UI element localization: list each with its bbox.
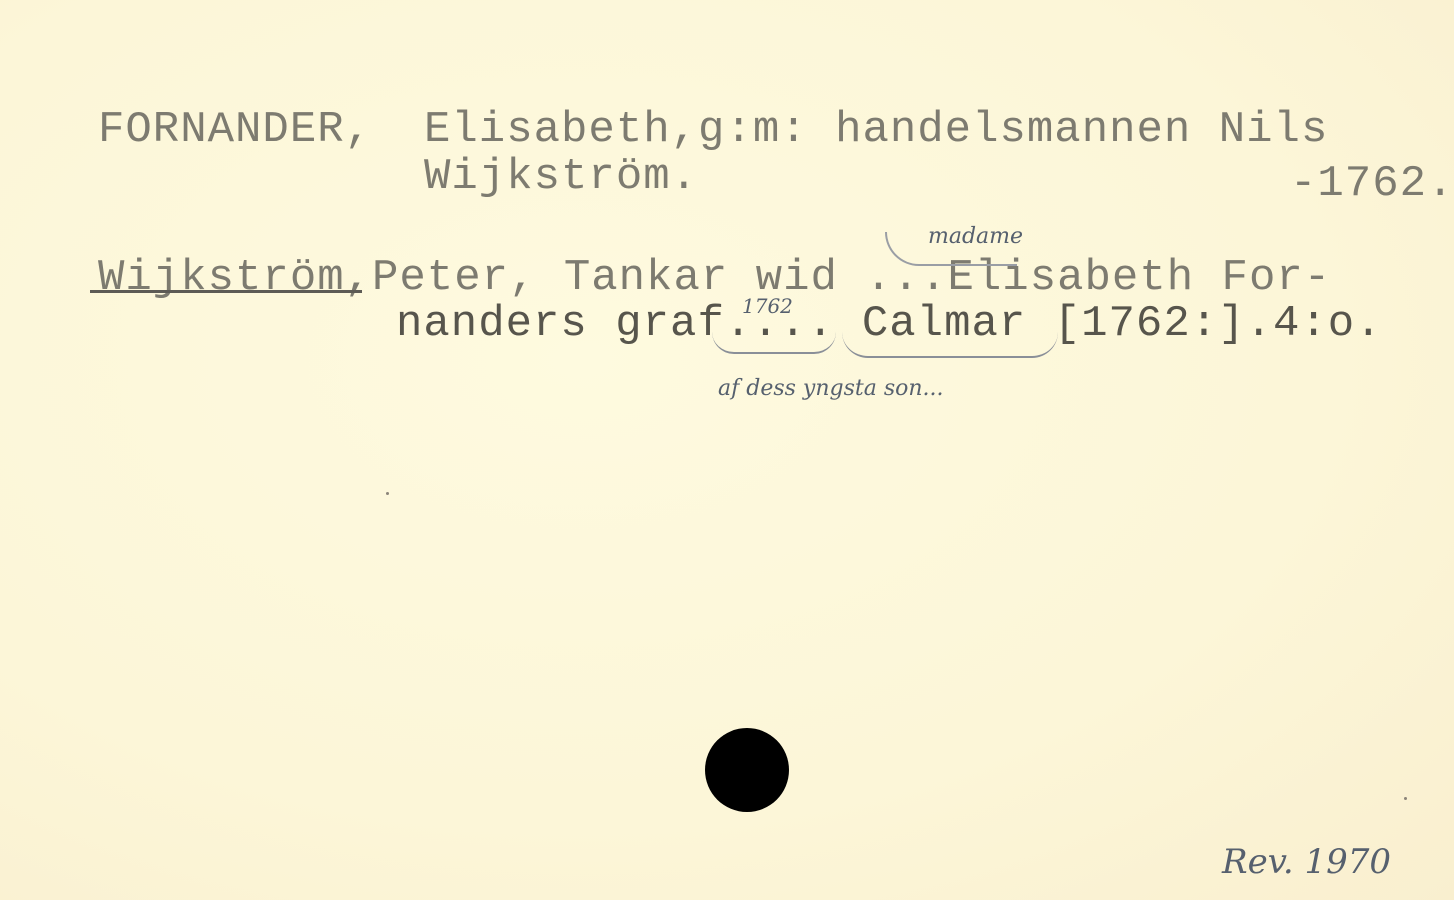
catalog-card: FORNANDER, Elisabeth,g:m: handelsmannen … — [0, 0, 1454, 900]
punch-hole — [705, 728, 789, 812]
entry1-line2: Wijkström. — [424, 155, 698, 199]
entry1-description: Elisabeth,g:m: handelsmannen Nils — [424, 108, 1328, 152]
paper-speck — [386, 492, 389, 495]
annotation-year: 1762 — [742, 294, 793, 318]
entry2-title-line1: Peter, Tankar wid ...Elisabeth For- — [372, 256, 1331, 300]
madame-insertion-mark — [885, 232, 1017, 266]
bracket-right — [842, 332, 1058, 358]
bracket-left — [712, 332, 836, 354]
revision-note: Rev. 1970 — [1222, 842, 1391, 882]
annotation-below-note: af dess yngsta son... — [718, 376, 944, 401]
paper-speck — [1404, 797, 1407, 800]
entry1-date: -1762. — [1290, 162, 1454, 206]
heading-underline — [90, 290, 362, 293]
entry1-heading: FORNANDER, — [98, 108, 372, 152]
entry2-heading: Wijkström, — [98, 256, 372, 300]
